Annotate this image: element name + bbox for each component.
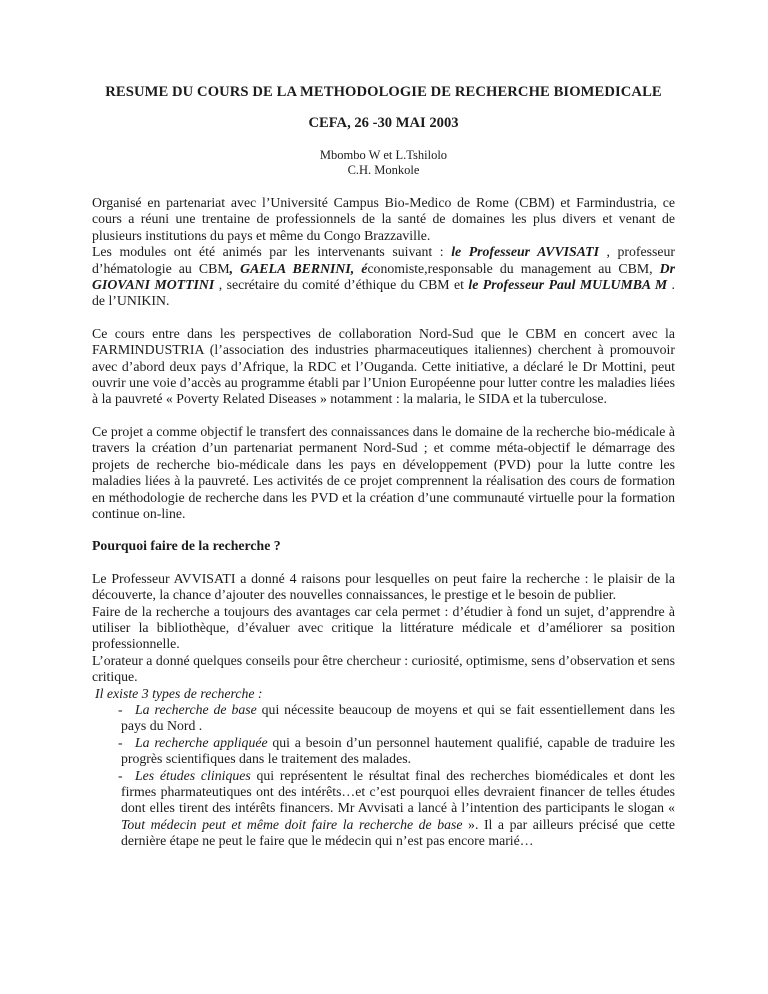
list-item-marker: - — [118, 702, 123, 718]
section-heading: Pourquoi faire de la recherche ? — [92, 538, 675, 554]
paragraph: Il existe 3 types de recherche : — [92, 686, 675, 702]
text-run: Ce projet a comme objectif le transfert … — [92, 424, 675, 521]
text-run: , GAELA BERNINI, é — [230, 261, 368, 276]
list-item: -La recherche appliquée qui a besoin d’u… — [92, 735, 675, 768]
text-run: L’orateur a donné quelques conseils pour… — [92, 653, 675, 684]
author-line-1: Mbombo W et L.Tshilolo — [92, 148, 675, 163]
paragraph: Ce projet a comme objectif le transfert … — [92, 424, 675, 522]
text-run: Les études cliniques — [135, 768, 251, 783]
blank-line — [92, 408, 675, 424]
text-run: Pourquoi faire de la recherche ? — [92, 538, 281, 553]
document-authors: Mbombo W et L.Tshilolo C.H. Monkole — [92, 148, 675, 178]
text-run: conomiste,responsable du management au C… — [367, 261, 659, 276]
text-run: La recherche appliquée — [135, 735, 268, 750]
text-run: Organisé en partenariat avec l’Universit… — [92, 195, 675, 243]
text-run: le Professeur Paul MULUMBA M — [468, 277, 667, 292]
author-line-2: C.H. Monkole — [92, 163, 675, 178]
list-item-text: Les études cliniques qui représentent le… — [121, 768, 675, 850]
document-title: RESUME DU COURS DE LA METHODOLOGIE DE RE… — [92, 84, 675, 101]
blank-line — [92, 522, 675, 538]
document-date-line: CEFA, 26 -30 MAI 2003 — [92, 115, 675, 132]
text-run: Le Professeur AVVISATI a donné 4 raisons… — [92, 571, 675, 602]
text-run: Les modules ont été animés par les inter… — [92, 244, 451, 259]
text-run: Tout médecin peut et même doit faire la … — [121, 817, 468, 832]
paragraph: Faire de la recherche a toujours des ava… — [92, 604, 675, 653]
list-item-text: La recherche appliquée qui a besoin d’un… — [121, 735, 675, 768]
list-item-text: La recherche de base qui nécessite beauc… — [121, 702, 675, 735]
document-page: RESUME DU COURS DE LA METHODOLOGIE DE RE… — [0, 0, 768, 994]
text-run: , secrétaire du comité d’éthique du CBM … — [214, 277, 468, 292]
text-run: le Professeur AVVISATI — [451, 244, 599, 259]
text-run: La recherche de base — [135, 702, 257, 717]
text-run: Il existe 3 types de recherche : — [95, 686, 263, 701]
blank-line — [92, 555, 675, 571]
document-body: Organisé en partenariat avec l’Universit… — [92, 195, 675, 850]
paragraph: Les modules ont été animés par les inter… — [92, 244, 675, 310]
text-run: Ce cours entre dans les perspectives de … — [92, 326, 675, 407]
paragraph: Organisé en partenariat avec l’Universit… — [92, 195, 675, 244]
list-item: -La recherche de base qui nécessite beau… — [92, 702, 675, 735]
list-item: -Les études cliniques qui représentent l… — [92, 768, 675, 850]
blank-line — [92, 310, 675, 326]
paragraph: Ce cours entre dans les perspectives de … — [92, 326, 675, 408]
paragraph: Le Professeur AVVISATI a donné 4 raisons… — [92, 571, 675, 604]
paragraph: L’orateur a donné quelques conseils pour… — [92, 653, 675, 686]
list-item-marker: - — [118, 735, 123, 751]
list-item-marker: - — [118, 768, 123, 784]
text-run: Faire de la recherche a toujours des ava… — [92, 604, 675, 652]
